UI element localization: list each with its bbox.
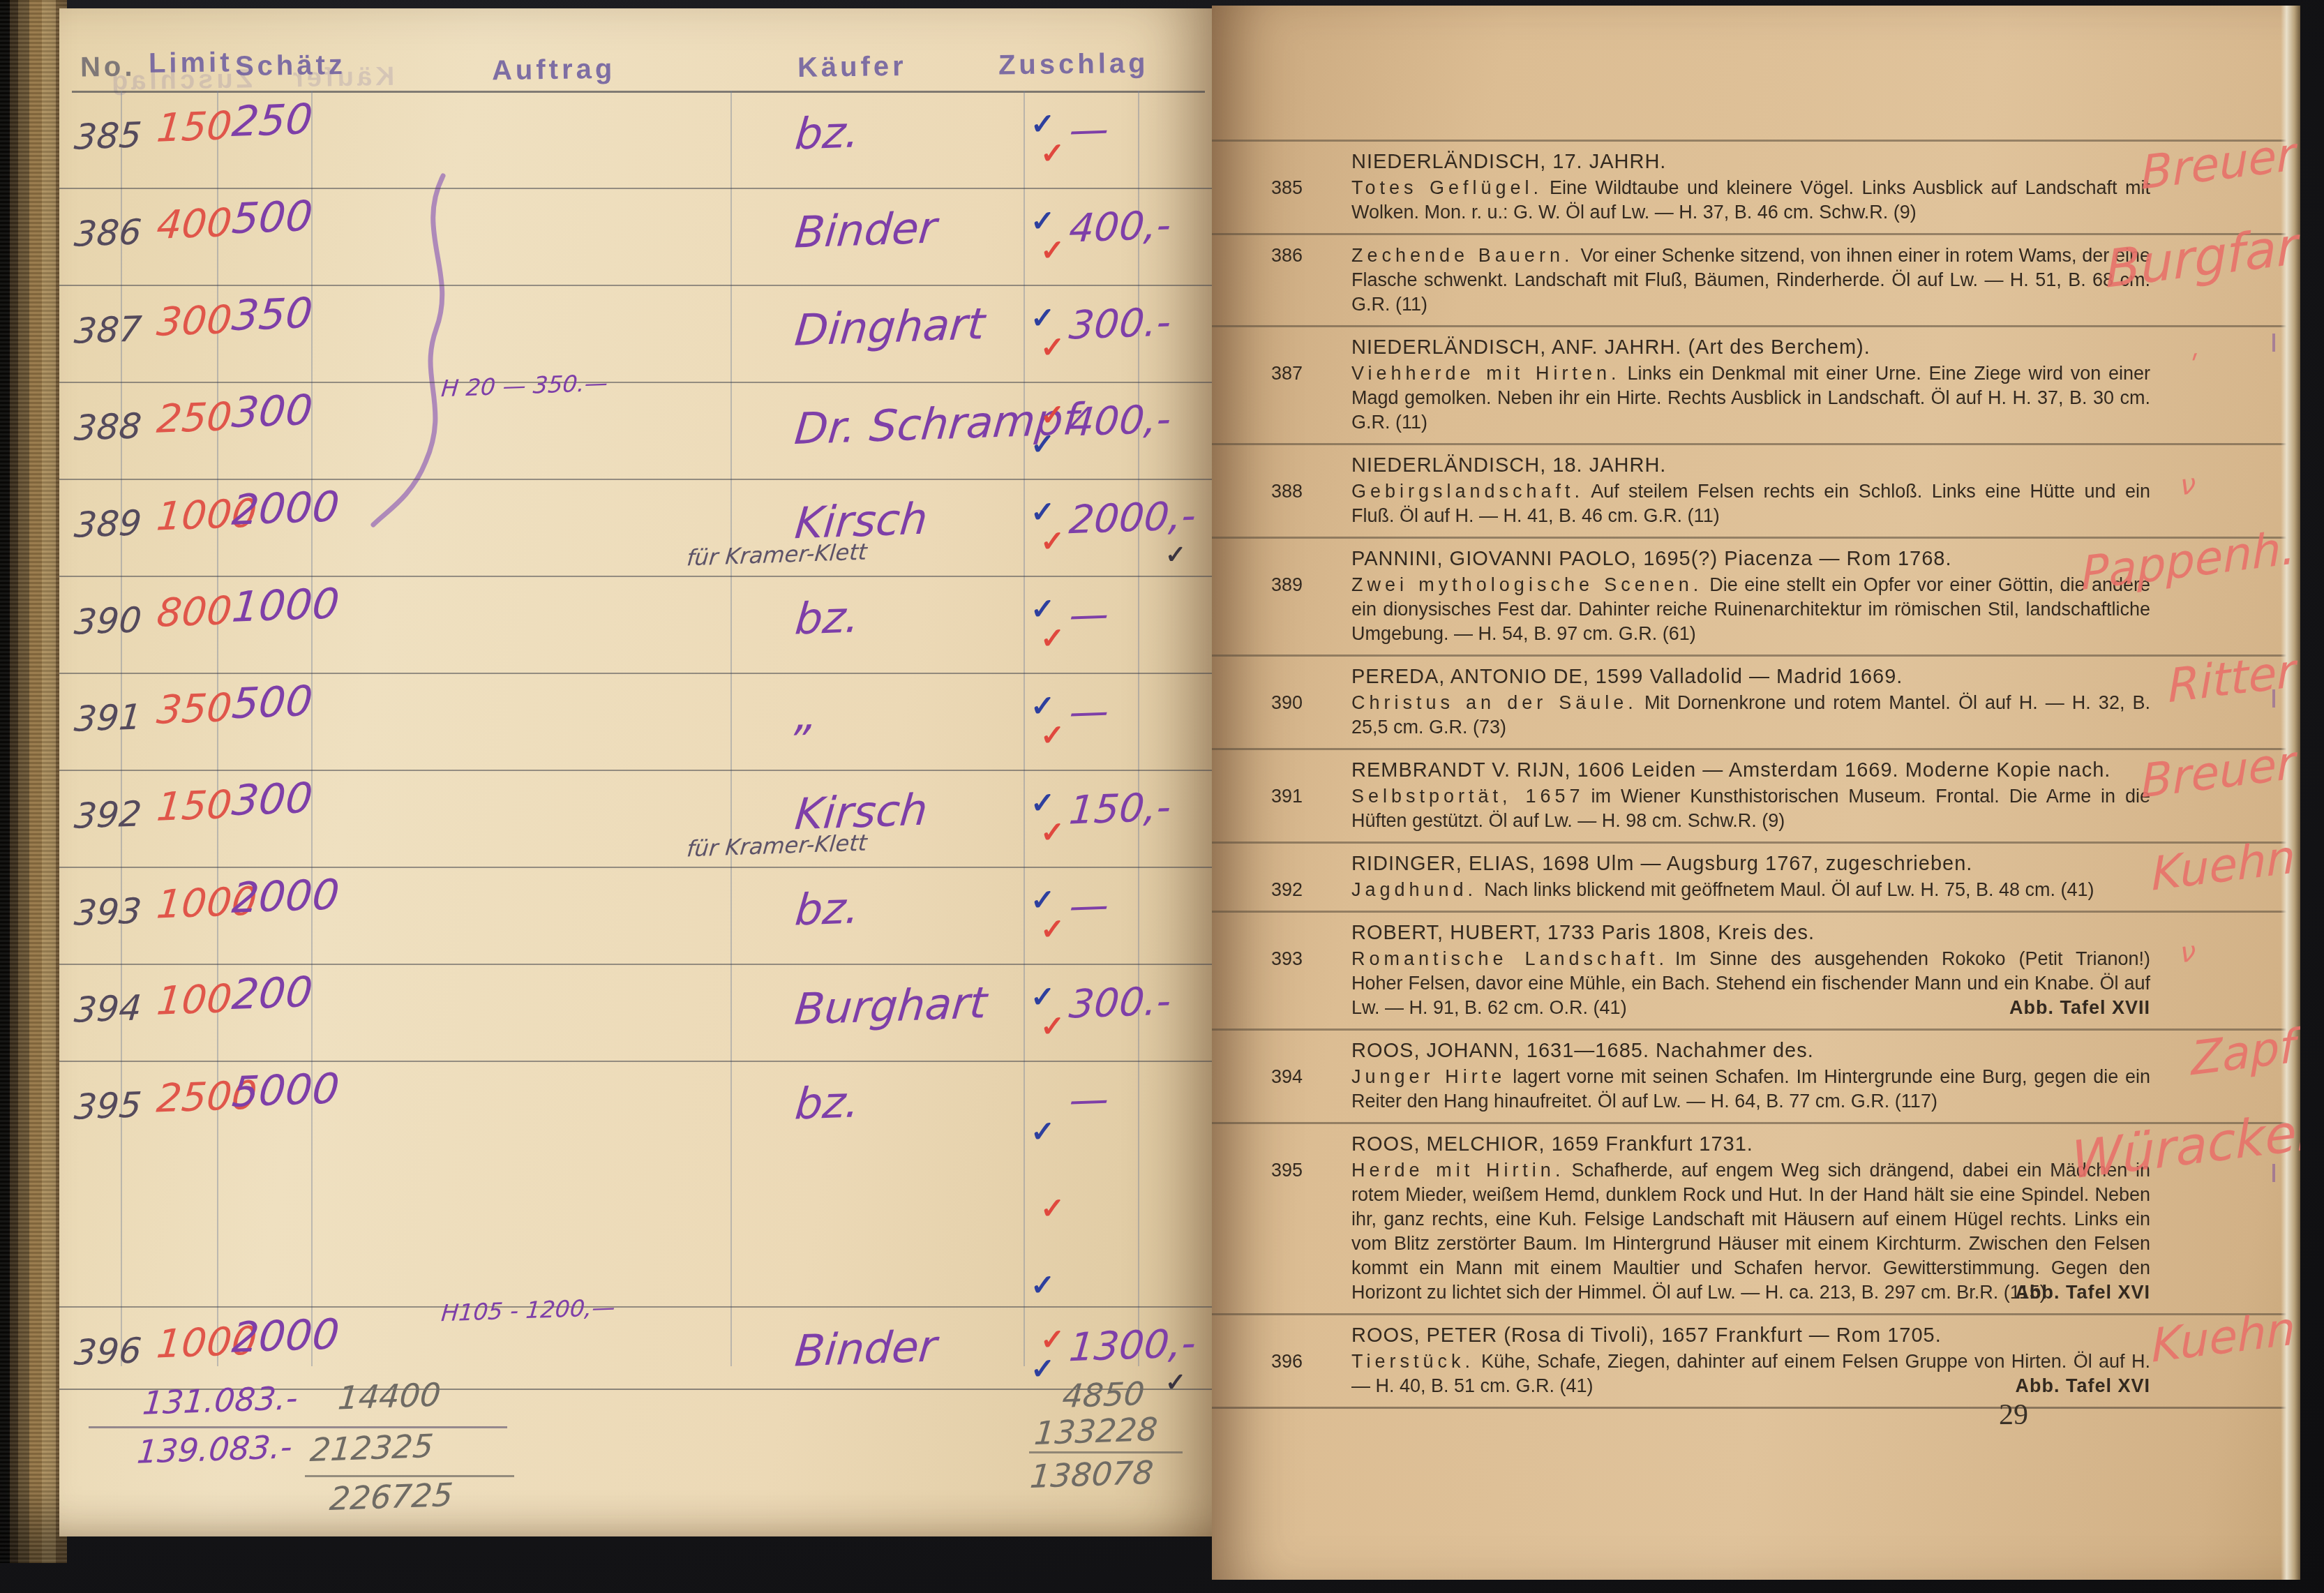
catalog-entry: RIDINGER, ELIAS, 1698 Ulm — Augsburg 176… (1212, 842, 2300, 911)
lot-description: 391Selbstportät, 1657im Wiener Kunsthist… (1351, 784, 2150, 833)
buyer-note: für Kramer-Klett (686, 830, 868, 862)
estimate-value: 5000 (230, 1064, 341, 1116)
ghost-stamp-kaeufer: Käufer (290, 62, 395, 94)
buyer-margin-note: ν (2180, 472, 2196, 499)
buyer-margin-note: Zapf (2191, 1034, 2295, 1072)
lot-number: 394 (1271, 1065, 1303, 1089)
lot-number: 391 (73, 696, 143, 739)
catalog-entry: ROOS, MELCHIOR, 1659 Frankfurt 1731. 395… (1212, 1122, 2300, 1313)
estimate-subtotal: 212325 (308, 1427, 435, 1469)
lot-number: 389 (1271, 573, 1303, 597)
lot-number: 396 (73, 1330, 143, 1373)
plate-reference: Abb. Tafel XVI (2015, 1374, 2150, 1398)
auftrag-note: H 20 — 350.— (440, 369, 609, 402)
lot-title: Totes Geflügel. (1351, 177, 1543, 198)
artist-header: RIDINGER, ELIAS, 1698 Ulm — Augsburg 176… (1351, 852, 2150, 876)
limit-value: 250 (155, 394, 234, 442)
lot-description: 395Herde mit Hirtin.Schafherde, auf enge… (1351, 1158, 2150, 1305)
buyer-margin-note: Würacker (2071, 1119, 2300, 1173)
check-icons (1030, 207, 1072, 264)
lot-title: Christus an der Säule. (1351, 692, 1637, 713)
hammer-price: — (1067, 883, 1111, 929)
buyer-name: Binder (793, 1320, 938, 1376)
estimate-value: 2000 (230, 870, 341, 922)
artist-header: ROOS, JOHANN, 1631—1685. Nachahmer des. (1351, 1039, 2150, 1063)
check-icon (1030, 1118, 1072, 1146)
book-fore-edge (0, 0, 67, 1563)
check-icons (1030, 498, 1072, 555)
lot-number: 391 (1271, 784, 1303, 809)
lot-number: 395 (73, 1084, 143, 1127)
lot-description: 394Junger Hirtelagert vorne mit seinen S… (1351, 1065, 2150, 1114)
estimate-total: 226725 (328, 1476, 454, 1518)
check-icon (1030, 983, 1072, 1011)
plate-reference: Abb. Tafel XVII (2009, 996, 2150, 1020)
lot-text: Nach links blickend mit geöffnetem Maul.… (1484, 879, 2094, 900)
estimate-value: 500 (230, 192, 315, 244)
hammer-price: — (1067, 592, 1111, 638)
check-icons (1030, 1118, 1072, 1299)
lot-title: Zechende Bauern. (1351, 245, 1573, 266)
buyer-margin-note: Ritter (2168, 659, 2296, 699)
hammer-price: 300.- (1067, 299, 1173, 348)
lot-number: 385 (73, 114, 143, 157)
buyer-name: bz. (793, 591, 862, 644)
check-icon (1030, 207, 1072, 235)
lot-title: Jagdhund. (1351, 879, 1477, 900)
artist-header: ROOS, PETER (Rosa di Tivoli), 1657 Frank… (1351, 1324, 2150, 1348)
catalog-entry: ROBERT, HUBERT, 1733 Paris 1808, Kreis d… (1212, 911, 2300, 1029)
artist-header: NIEDERLÄNDISCH, ANF. JAHRH. (Art des Ber… (1351, 336, 2150, 360)
check-icons (1030, 692, 1072, 749)
buyer-margin-note: Breuer (2141, 142, 2296, 185)
buyer-margin-note: ʹ (2188, 354, 2196, 380)
estimate-value: 200 (230, 968, 315, 1019)
hammer-price: 300.- (1067, 978, 1173, 1027)
lot-number: 393 (73, 890, 143, 933)
limit-value: 150 (155, 103, 234, 151)
artist-header: NIEDERLÄNDISCH, 17. JAHRH. (1351, 150, 2150, 174)
buyer-margin-note: Pappenh. (2081, 535, 2296, 586)
lot-number: 396 (1271, 1349, 1303, 1374)
hammer-price: 400,- (1067, 396, 1173, 445)
ledger-row: 391 350 500 „ — (59, 674, 1212, 771)
lot-number: 386 (1271, 244, 1303, 268)
buyer-margin-note: Burgfart (2106, 232, 2300, 282)
lot-number: 389 (73, 502, 143, 545)
lot-description: 387Viehherde mit Hirten.Links ein Denkma… (1351, 361, 2150, 435)
lot-description: 396Tierstück.Kühe, Schafe, Ziegen, dahin… (1351, 1349, 2150, 1398)
limit-value: 350 (155, 685, 234, 733)
hammer-price: — (1067, 107, 1111, 154)
ledger-rows: 385 150 250 bz. — 386 400 5 (59, 92, 1212, 1390)
check-icons (1030, 304, 1072, 361)
ledger-row: 396 1000 2000 H105 - 1200,— Binder 1300,… (59, 1308, 1212, 1390)
buyer-name: Dinghart (793, 298, 987, 355)
lot-number: 386 (73, 211, 143, 254)
column-header-zuschlag: Zuschlag (998, 47, 1149, 81)
check-icons (1030, 789, 1072, 846)
check-icon: ✓ (1165, 1368, 1186, 1397)
ledger-row: 390 800 1000 bz. — (59, 577, 1212, 674)
total-rule (1029, 1451, 1183, 1453)
book-spread-photo: No. Limit Schätz Auftrag Käufer Zuschlag… (0, 0, 2324, 1593)
catalog-entry: 386Zechende Bauern.Vor einer Schenke sit… (1212, 233, 2300, 325)
estimate-value: 500 (230, 677, 315, 728)
lot-title: Viehherde mit Hirten. (1351, 363, 1621, 384)
lot-title: Tierstück. (1351, 1351, 1474, 1372)
limit-value: 100 (155, 976, 234, 1024)
catalog-entry: PANNINI, GIOVANNI PAOLO, 1695(?) Piacenz… (1212, 537, 2300, 655)
lot-number: 387 (73, 308, 143, 351)
check-icon (1030, 1271, 1072, 1299)
estimate-value: 2000 (230, 482, 341, 534)
catalog-entry: NIEDERLÄNDISCH, 17. JAHRH. 385Totes Gefl… (1212, 140, 2300, 233)
ledger-row: 386 400 500 Binder 400,- (59, 189, 1212, 286)
check-icons (1030, 983, 1072, 1040)
lot-title: Herde mit Hirtin. (1351, 1160, 1564, 1181)
lot-number: 388 (73, 405, 143, 448)
lot-number: 392 (73, 793, 143, 836)
lot-number: 393 (1271, 947, 1303, 971)
check-icons (1030, 1326, 1072, 1383)
check-icon (1030, 692, 1072, 720)
check-icons (1030, 595, 1072, 652)
estimate-value: 2000 (230, 1310, 341, 1362)
buyer-name: bz. (793, 106, 862, 159)
ledger-row: 393 1000 2000 bz. — (59, 868, 1212, 965)
lot-title: Junger Hirte (1351, 1066, 1506, 1087)
buyer-name: bz. (793, 1076, 862, 1129)
lot-number: 395 (1271, 1158, 1303, 1183)
check-icons (1030, 401, 1072, 458)
limit-value: 400 (155, 200, 234, 248)
artist-header: NIEDERLÄNDISCH, 18. JAHRH. (1351, 454, 2150, 478)
lot-description: 386Zechende Bauern.Vor einer Schenke sit… (1351, 244, 2150, 317)
ledger-row: 388 250 300 H 20 — 350.— Dr. Schrampf 40… (59, 383, 1212, 480)
check-icon (1030, 595, 1072, 623)
binding-mark (2272, 334, 2275, 352)
catalog-page: NIEDERLÄNDISCH, 17. JAHRH. 385Totes Gefl… (1212, 6, 2300, 1580)
check-icon: ✓ (1165, 540, 1186, 569)
lot-number: 387 (1271, 361, 1303, 386)
catalog-entry: PEREDA, ANTONIO DE, 1599 Valladolid — Ma… (1212, 655, 2300, 748)
auftrag-note: H105 - 1200,— (440, 1294, 617, 1327)
lot-number: 388 (1271, 479, 1303, 504)
lot-title: Selbstportät, 1657 (1351, 786, 1584, 807)
buyer-name: Burghart (793, 977, 989, 1035)
hammer-subtotal: 4850 (1060, 1375, 1146, 1415)
plate-reference: Abb. Tafel XVI (2015, 1280, 2150, 1305)
buyer-margin-note: Kuehn (2152, 844, 2296, 886)
check-icon (1030, 498, 1072, 526)
hammer-price: — (1067, 689, 1111, 735)
ledger-row: 392 150 300 Kirsch für Kramer-Klett 150,… (59, 771, 1212, 868)
lot-number: 390 (73, 599, 143, 642)
check-icon (1030, 886, 1072, 914)
catalog-entry: REMBRANDT V. RIJN, 1606 Leiden — Amsterd… (1212, 748, 2300, 842)
estimate-value: 300 (230, 774, 315, 825)
lot-number: 385 (1271, 176, 1303, 200)
lot-description: 390Christus an der Säule.Mit Dornenkrone… (1351, 691, 2150, 740)
ledger-page: No. Limit Schätz Auftrag Käufer Zuschlag… (59, 8, 1212, 1536)
check-icon (1030, 431, 1072, 458)
catalog-entry: NIEDERLÄNDISCH, 18. JAHRH. 388Gebirgslan… (1212, 443, 2300, 537)
estimate-subtotal: 14400 (336, 1375, 442, 1416)
check-icon (1040, 1195, 1082, 1222)
column-header-auftrag: Auftrag (492, 54, 616, 87)
catalog-entry: ROOS, JOHANN, 1631—1685. Nachahmer des. … (1212, 1029, 2300, 1122)
estimate-value: 350 (230, 289, 315, 341)
page-number: 29 (1999, 1398, 2028, 1432)
lot-number: 390 (1271, 691, 1303, 715)
lot-description: 393Romantische Landschaft.Im Sinne des a… (1351, 947, 2150, 1020)
limit-value: 150 (155, 782, 234, 830)
catalog-entry: ROOS, PETER (Rosa di Tivoli), 1657 Frank… (1212, 1313, 2300, 1407)
check-icon (1030, 304, 1072, 332)
limit-total: 139.083.- (135, 1428, 294, 1471)
ledger-row: 385 150 250 bz. — (59, 92, 1212, 189)
ledger-row: 387 300 350 Dinghart 300.- (59, 286, 1212, 383)
hammer-subtotal: 133228 (1033, 1410, 1159, 1452)
artist-header: PEREDA, ANTONIO DE, 1599 Valladolid — Ma… (1351, 665, 2150, 689)
buyer-name: bz. (793, 882, 862, 935)
limit-value: 300 (155, 297, 234, 345)
buyer-note: für Kramer-Klett (686, 539, 868, 571)
buyer-name: „ (793, 689, 820, 740)
artist-header: ROOS, MELCHIOR, 1659 Frankfurt 1731. (1351, 1132, 2150, 1157)
buyer-name: Binder (793, 202, 938, 257)
hammer-price: 1300,- (1067, 1321, 1198, 1370)
lot-number: 392 (1271, 878, 1303, 902)
hammer-total: 138078 (1028, 1453, 1155, 1495)
hammer-price: 2000,- (1067, 493, 1198, 543)
check-icon (1030, 110, 1072, 138)
ledger-row: 389 1000 2000 Kirsch für Kramer-Klett 20… (59, 480, 1212, 577)
check-icons (1030, 110, 1072, 167)
artist-header: REMBRANDT V. RIJN, 1606 Leiden — Amsterd… (1351, 758, 2150, 783)
hammer-price: 400,- (1067, 202, 1173, 251)
column-header-kaeufer: Käufer (797, 51, 907, 84)
limit-subtotal: 131.083.- (141, 1379, 299, 1422)
hammer-price: 150,- (1067, 784, 1173, 833)
lot-title: Gebirgslandschaft. (1351, 481, 1584, 502)
lot-description: 392Jagdhund.Nach links blickend mit geöf… (1351, 878, 2150, 902)
lot-number: 394 (73, 987, 143, 1030)
total-rule (89, 1426, 507, 1428)
binding-mark (2272, 1164, 2275, 1182)
lot-description: 388Gebirgslandschaft.Auf steilem Felsen … (1351, 479, 2150, 528)
ledger-row: 394 100 200 Burghart 300.- (59, 965, 1212, 1062)
hammer-price: — (1067, 1077, 1111, 1123)
limit-value: 800 (155, 588, 234, 636)
estimate-value: 250 (230, 95, 315, 147)
catalog-entries: NIEDERLÄNDISCH, 17. JAHRH. 385Totes Gefl… (1212, 140, 2300, 1409)
ledger-row: 395 2500 5000 bz. — (59, 1062, 1212, 1308)
lot-title: Romantische Landschaft. (1351, 948, 1668, 969)
lot-description: 385Totes Geflügel.Eine Wildtaube und kle… (1351, 176, 2150, 225)
check-icon (1030, 789, 1072, 817)
estimate-value: 1000 (230, 579, 341, 631)
lot-title: Zwei mythologische Scenen. (1351, 574, 1702, 595)
catalog-entry: NIEDERLÄNDISCH, ANF. JAHRH. (Art des Ber… (1212, 325, 2300, 443)
buyer-margin-note: ν (2180, 940, 2196, 966)
buyer-margin-note: Kuehn (2152, 1316, 2296, 1358)
estimate-value: 300 (230, 386, 315, 437)
lot-description: 389Zwei mythologische Scenen.Die eine st… (1351, 573, 2150, 646)
artist-header: ROBERT, HUBERT, 1733 Paris 1808, Kreis d… (1351, 921, 2150, 945)
check-icons (1030, 886, 1072, 943)
artist-header: PANNINI, GIOVANNI PAOLO, 1695(?) Piacenz… (1351, 547, 2150, 571)
buyer-margin-note: Breuer (2141, 750, 2296, 793)
